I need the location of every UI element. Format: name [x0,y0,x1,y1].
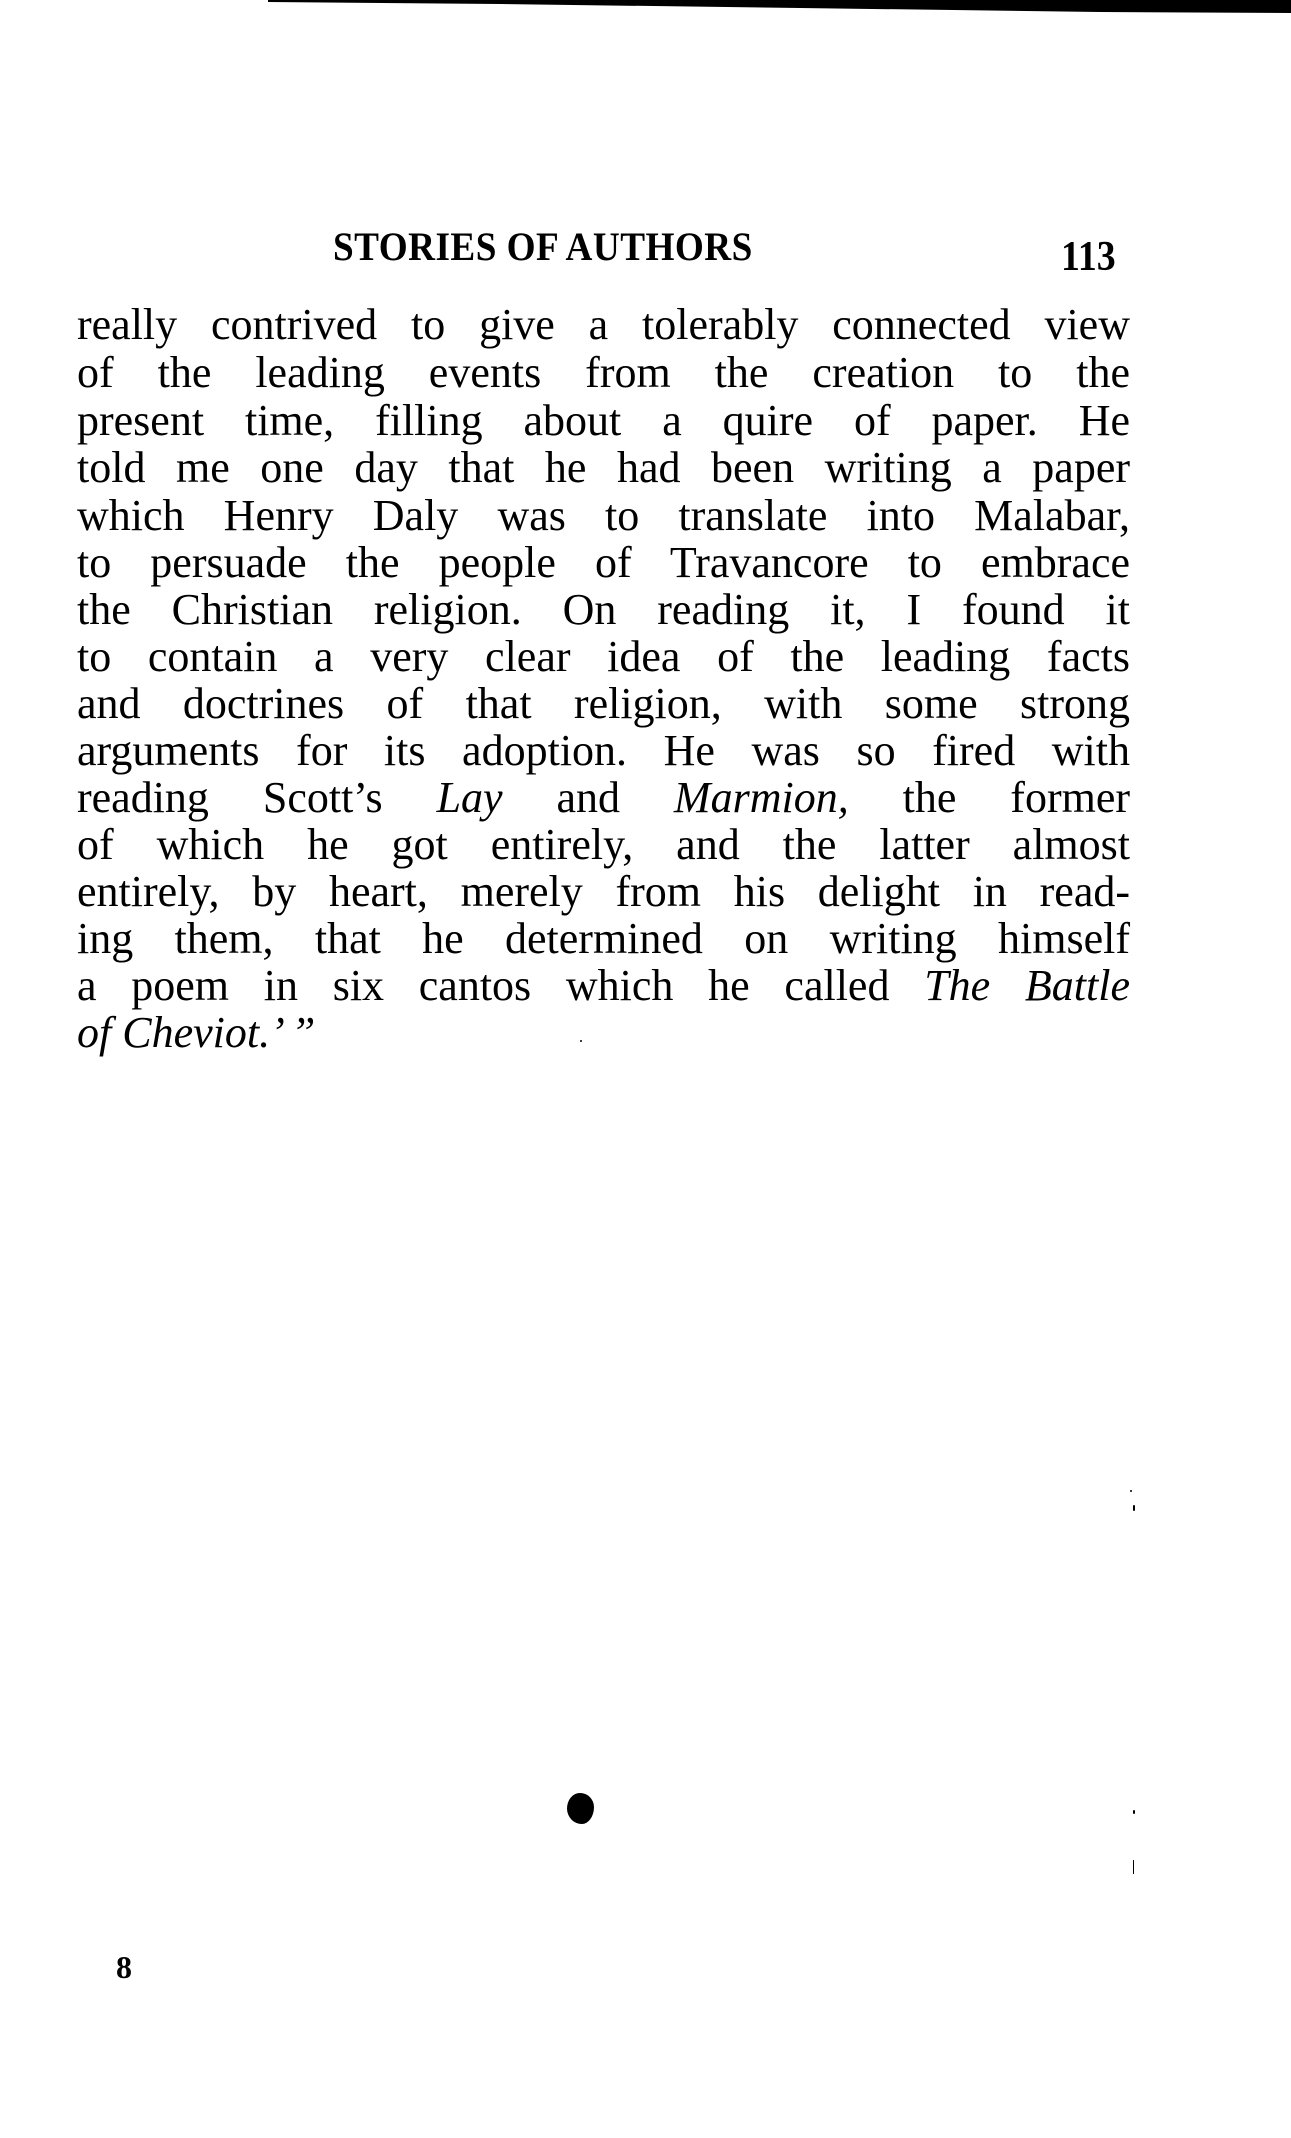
text-segment: present time, filling about a quire of p… [77,396,1130,445]
italic-title-lay: Lay [437,773,503,822]
text-line: and doctrines of that religion, with som… [77,679,1130,729]
text-segment: reading Scott’s [77,773,437,822]
scan-top-edge-shadow [0,0,1291,16]
text-line: really contrived to give a tolerably con… [77,300,1130,350]
text-line: entirely, by heart, merely from his deli… [77,867,1130,917]
text-segment: and doctrines of that religion, with som… [77,679,1130,728]
italic-title-cheviot: of Cheviot.’ ” [77,1008,315,1057]
page-number: 113 [1061,232,1129,282]
running-head: STORIES OF AUTHORS [333,222,835,272]
text-segment: to contain a very clear idea of the lead… [77,632,1130,681]
scan-speck [580,1040,582,1042]
text-segment: and [503,773,674,822]
text-segment: of the leading events from the creation … [77,348,1130,397]
text-line: ing them, that he determined on writing … [77,914,1130,964]
italic-title-battle: The Battle [924,961,1130,1010]
text-segment: really contrived to give a tolerably con… [77,300,1130,349]
signature-mark: 8 [116,1950,132,1984]
text-segment: the Christian religion. On reading it, I… [77,585,1130,634]
italic-title-marmion: Marmion, [674,773,849,822]
text-line: a poem in six cantos which he called The… [77,961,1130,1011]
text-line: arguments for its adoption. He was so fi… [77,726,1130,776]
text-line: of which he got entirely, and the latter… [77,820,1130,870]
text-segment: which Henry Daly was to translate into M… [77,491,1130,540]
text-segment: to persuade the people of Travancore to … [77,538,1130,587]
text-segment: ing them, that he determined on writing … [77,914,1130,963]
text-line: which Henry Daly was to translate into M… [77,491,1130,541]
text-line-last: of Cheviot.’ ” [77,1008,1130,1058]
text-segment: a poem in six cantos which he called [77,961,924,1010]
scan-speck [1133,1505,1135,1511]
scan-speck [1133,1810,1135,1814]
text-line: reading Scott’s Lay and Marmion, the for… [77,773,1130,823]
text-line: the Christian religion. On reading it, I… [77,585,1130,635]
text-line: told me one day that he had been writing… [77,443,1130,493]
ink-blot [567,1793,594,1824]
scan-speck [1133,1860,1134,1874]
scan-speck [1130,1490,1132,1492]
text-line: present time, filling about a quire of p… [77,396,1130,446]
text-segment: entirely, by heart, merely from his deli… [77,867,1130,916]
text-line: to contain a very clear idea of the lead… [77,632,1130,682]
text-segment: of which he got entirely, and the latter… [77,820,1130,869]
text-line: to persuade the people of Travancore to … [77,538,1130,588]
text-segment: arguments for its adoption. He was so fi… [77,726,1130,775]
text-line: of the leading events from the creation … [77,348,1130,398]
text-segment: the former [849,773,1130,822]
text-segment: told me one day that he had been writing… [77,443,1130,492]
